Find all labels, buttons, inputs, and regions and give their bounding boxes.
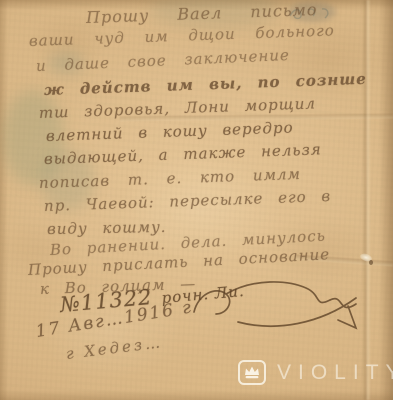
crown-icon <box>244 366 260 379</box>
letter-photo: Прошу Ваел письмо ваши чуд им дщои больн… <box>0 0 393 400</box>
handwriting-line: и даше свое заключение <box>36 46 291 75</box>
handwriting-line: тш здоровья, Лони морщил <box>39 94 317 122</box>
signature-flourish <box>188 276 363 338</box>
place-line: г Хедез… <box>65 333 164 363</box>
watermark-label: VIOLITY <box>277 361 393 385</box>
violity-watermark: VIOLITY <box>238 360 393 385</box>
handwriting-line: выдающей, а также нельзя <box>44 140 322 168</box>
handwritten-text: Прошу Ваел письмо ваши чуд им дщои больн… <box>0 0 393 400</box>
handwriting-line: ж действ им вы, по сознше <box>44 70 367 99</box>
watermark-logo-box <box>238 360 266 385</box>
handwriting-line: влетний в кошу вередро <box>46 118 294 145</box>
handwriting-line: пописав т. е. кто имлм <box>39 165 302 192</box>
handwriting-line: пр. Чаевой: пересылке его в <box>44 187 332 215</box>
